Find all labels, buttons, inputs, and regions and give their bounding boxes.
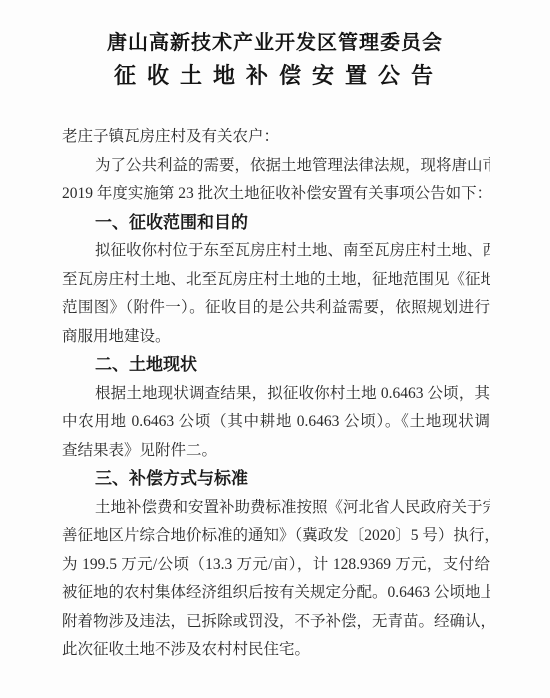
section-1-line: 商服用地建设。 [62, 323, 490, 352]
section-1-line: 拟征收你村位于东至瓦房庄村土地、南至瓦房庄村土地、西 [62, 237, 490, 266]
document-header: 唐山高新技术产业开发区管理委员会 征收土地补偿安置公告 [0, 0, 550, 91]
issuer-title: 唐山高新技术产业开发区管理委员会 [0, 30, 550, 57]
section-3-line: 土地补偿费和安置补助费标准按照《河北省人民政府关于完 [62, 494, 490, 523]
section-3-line: 被征地的农村集体经济组织后按有关规定分配。0.6463 公顷地上 [62, 579, 490, 608]
notice-title: 征收土地补偿安置公告 [0, 61, 550, 91]
scanned-notice-page: 唐山高新技术产业开发区管理委员会 征收土地补偿安置公告 老庄子镇瓦房庄村及有关农… [0, 0, 550, 698]
salutation: 老庄子镇瓦房庄村及有关农户： [62, 123, 490, 152]
section-3-line: 附着物涉及违法，已拆除或罚没，不予补偿，无青苗。经确认， [62, 608, 490, 637]
section-2-line: 根据土地现状调查结果，拟征收你村土地 0.6463 公顷，其 [62, 380, 490, 409]
intro-line: 2019 年度实施第 23 批次土地征收补偿安置有关事项公告如下： [62, 180, 490, 209]
section-3-line: 善征地区片综合地价标准的通知》（冀政发〔2020〕5 号）执行， [62, 522, 490, 551]
section-2-line: 中农用地 0.6463 公顷（其中耕地 0.6463 公顷）。《土地现状调 [62, 408, 490, 437]
section-2-line: 查结果表》见附件二。 [62, 437, 490, 466]
section-1-line: 范围图》（附件一）。征收目的是公共利益需要，依照规划进行 [62, 294, 490, 323]
section-3-line: 为 199.5 万元/公顷（13.3 万元/亩），计 128.9369 万元，支… [62, 551, 490, 580]
document-body: 老庄子镇瓦房庄村及有关农户： 为了公共利益的需要，依据土地管理法律法规，现将唐山… [62, 123, 490, 665]
intro-line: 为了公共利益的需要，依据土地管理法律法规，现将唐山市 [62, 152, 490, 181]
section-1-heading: 一、征收范围和目的 [62, 209, 490, 238]
section-2-heading: 二、土地现状 [62, 351, 490, 380]
section-3-line: 此次征收土地不涉及农村村民住宅。 [62, 636, 490, 665]
section-1-line: 至瓦房庄村土地、北至瓦房庄村土地的土地，征地范围见《征地 [62, 266, 490, 295]
section-3-heading: 三、补偿方式与标准 [62, 465, 490, 494]
